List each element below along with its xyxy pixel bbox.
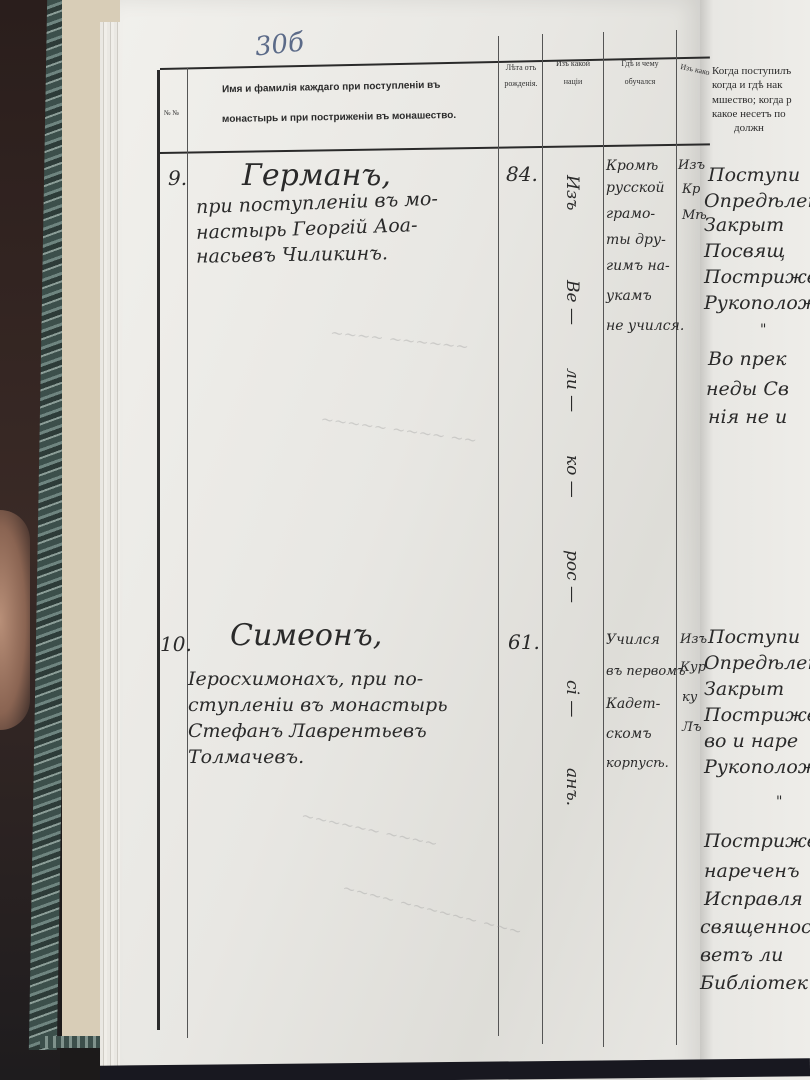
entry-10-estate-1: Изъ [680, 632, 707, 647]
entry-10-number: 10. [160, 632, 192, 656]
header-education-line1: Гдѣ и чему [605, 58, 675, 71]
origin-vertical-6: сі — [562, 680, 582, 717]
entry-10-service-1: Поступи [708, 626, 800, 648]
entry-9-education-1: Кромѣ [606, 158, 658, 174]
entry-10-education-3: Кадет- [606, 696, 660, 712]
header-service-partial: Когда поступилъ когда и гдѣ нак мшество;… [712, 64, 792, 135]
entry-9-service-6: Рукополож [704, 292, 810, 314]
entry-9-name-title: Германъ, [242, 158, 391, 193]
entry-10-service-4: Постриже [704, 704, 810, 726]
origin-vertical-4: ко — [562, 455, 582, 498]
entry-10-name-line1: Іеросхимонахъ, при по- [188, 668, 423, 690]
origin-vertical-7: анъ. [562, 768, 582, 806]
entry-9-estate-1: Изъ [678, 158, 705, 173]
entry-10-service-12: ветъ ли [700, 944, 783, 966]
origin-vertical-1: Изъ [562, 175, 582, 210]
entry-10-education-2: въ первомъ [606, 664, 686, 679]
entry-10-education-1: Учился [606, 632, 660, 648]
origin-vertical-2: Ве — [562, 280, 582, 325]
col-divider-education [603, 32, 604, 1047]
entry-9-education-6: укамъ [606, 288, 652, 304]
entry-10-name-line4: Толмачевъ. [188, 746, 304, 768]
entry-9-age: 84. [506, 162, 538, 186]
entry-9-education-2: русской [606, 180, 665, 196]
entry-10-service-6: Рукополож [704, 756, 810, 778]
entry-9-service-7: " [760, 322, 766, 338]
col-divider-origin [542, 34, 543, 1044]
entry-10-service-7: " [776, 794, 782, 810]
header-number: № № [164, 108, 179, 119]
entry-9-name-line3: насьевъ Чиликинъ. [196, 242, 388, 267]
cover-bottom-edge [40, 1036, 102, 1048]
left-border [157, 70, 160, 1030]
entry-10-service-3: Закрыт [704, 678, 784, 700]
entry-9-service-4: Посвящ [704, 240, 785, 262]
entry-10-service-9: нареченъ [704, 860, 800, 882]
entry-9-education-3: грамо- [606, 206, 655, 222]
origin-vertical-5: рос — [562, 550, 582, 603]
entry-10-name-line3: Стефанъ Лаврентьевъ [188, 720, 427, 742]
entry-10-name-title: Симеонъ, [230, 618, 382, 653]
entry-10-age: 61. [508, 630, 540, 654]
entry-10-estate-2: Кур [680, 660, 706, 675]
header-age-line1: Лѣта отъ [500, 62, 542, 75]
entry-9-service-10: нія не и [708, 406, 787, 428]
header-origin-line1: Изъ какой [544, 58, 602, 71]
entry-9-service-3: Закрыт [704, 214, 784, 236]
entry-10-service-11: священнослу [700, 916, 810, 938]
col-divider-age [498, 36, 499, 1036]
entry-9-education-4: ты дру- [606, 232, 666, 248]
pencil-page-mark: 30б [254, 28, 306, 63]
entry-10-estate-3: ку [682, 690, 697, 705]
header-education-line2: обучался [605, 76, 675, 89]
entry-10-name-line2: ступленіи въ монастырь [188, 694, 448, 716]
entry-9-education-5: гимъ на- [606, 258, 670, 274]
col-divider-number [187, 68, 188, 1038]
entry-9-estate-2: Кр [682, 182, 700, 197]
entry-9-number: 9. [168, 166, 187, 190]
entry-10-education-4: скомъ [606, 726, 652, 742]
entry-10-service-2: Опредѣлен [704, 652, 810, 674]
entry-9-education-7: не учился. [606, 318, 684, 334]
entry-9-service-2: Опредѣлен [704, 190, 810, 212]
entry-9-service-5: Постриже [704, 266, 810, 288]
origin-vertical-3: ли — [562, 368, 582, 412]
entry-10-service-8: Постриже [704, 830, 810, 852]
entry-9-service-8: Во прек [708, 348, 786, 370]
header-age-line2: рожденія. [500, 78, 542, 91]
entry-9-service-1: Поступи [708, 164, 800, 186]
header-origin-line2: націи [544, 76, 602, 89]
entry-10-estate-4: Лъ [682, 720, 702, 735]
entry-10-service-10: Исправля [704, 888, 803, 910]
entry-9-service-9: неды Св [706, 378, 789, 400]
entry-10-service-5: во и наре [704, 730, 798, 752]
entry-10-education-5: корпусѣ. [606, 756, 669, 771]
col-divider-estate [676, 30, 677, 1045]
hand-holding-book [0, 510, 30, 730]
entry-10-service-13: Библіотек [700, 972, 808, 994]
